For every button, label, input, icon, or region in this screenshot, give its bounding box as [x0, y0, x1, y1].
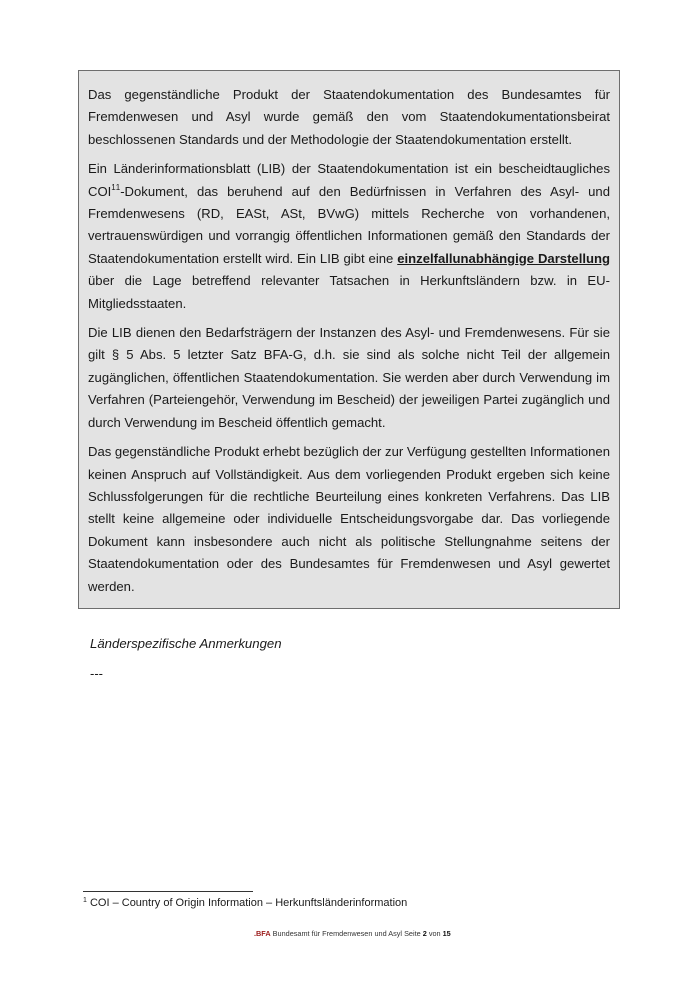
notice-paragraph-4: Das gegenständliche Produkt erhebt bezüg… — [88, 441, 610, 598]
notice-box: Das gegenständliche Produkt der Staatend… — [78, 70, 620, 609]
bfa-logo-text: .BFA — [254, 929, 271, 938]
footnote: 1 COI – Country of Origin Information – … — [83, 897, 407, 909]
page-of-label: von — [427, 929, 443, 938]
notice-paragraph-3: Die LIB dienen den Bedarfsträgern der In… — [88, 322, 610, 434]
notice-paragraph-1: Das gegenständliche Produkt der Staatend… — [88, 84, 610, 151]
notice-text: über die Lage betreffend relevanter Tats… — [88, 273, 610, 310]
agency-name: Bundesamt für Fremdenwesen und Asyl Seit… — [271, 929, 423, 938]
total-pages: 15 — [443, 929, 451, 938]
emphasis-text: einzelfallunabhängige Darstellung — [397, 251, 610, 266]
country-notes-content: --- — [90, 666, 103, 681]
page-footer: .BFA Bundesamt für Fremdenwesen und Asyl… — [254, 929, 451, 938]
country-notes-heading: Länderspezifische Anmerkungen — [90, 636, 282, 651]
footnote-text: COI – Country of Origin Information – He… — [87, 897, 407, 909]
footnote-separator — [83, 891, 253, 892]
notice-paragraph-2: Ein Länderinformationsblatt (LIB) der St… — [88, 158, 610, 315]
